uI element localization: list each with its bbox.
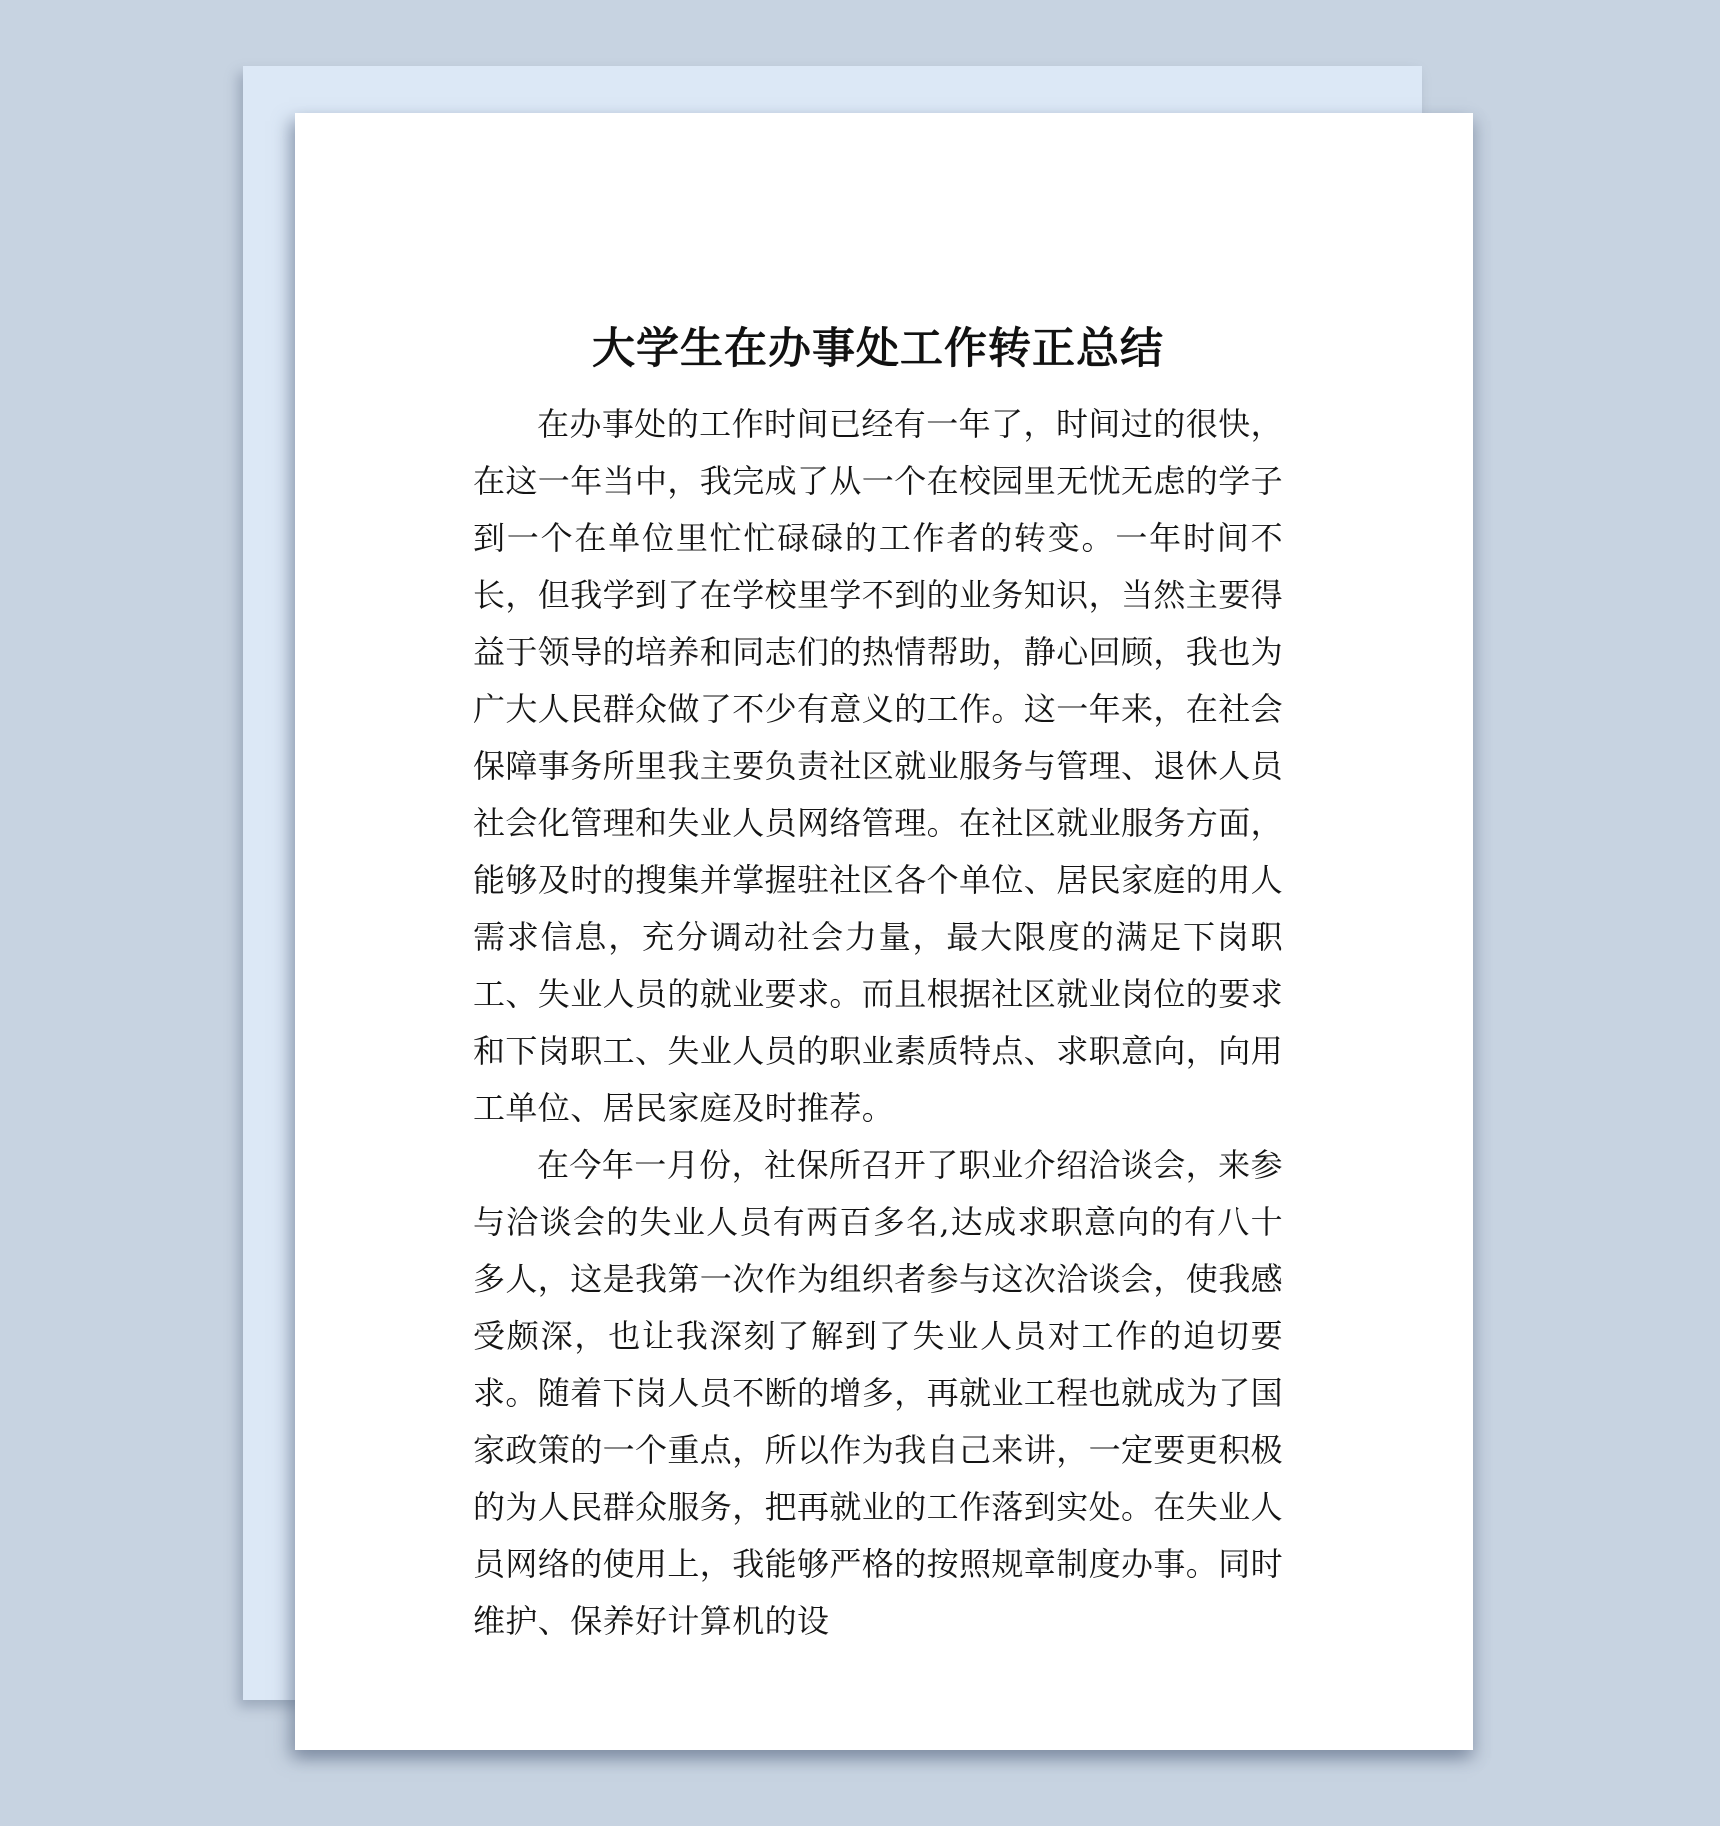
document-title: 大学生在办事处工作转正总结 [473,318,1283,380]
document-paragraph-1: 在办事处的工作时间已经有一年了，时间过的很快，在这一年当中，我完成了从一个在校园… [473,396,1283,1137]
desktop-background: 大学生在办事处工作转正总结 在办事处的工作时间已经有一年了，时间过的很快，在这一… [0,0,1720,1826]
document-paragraph-2: 在今年一月份，社保所召开了职业介绍洽谈会，来参与洽谈会的失业人员有两百多名,达成… [473,1137,1283,1650]
document-page: 大学生在办事处工作转正总结 在办事处的工作时间已经有一年了，时间过的很快，在这一… [295,113,1473,1750]
